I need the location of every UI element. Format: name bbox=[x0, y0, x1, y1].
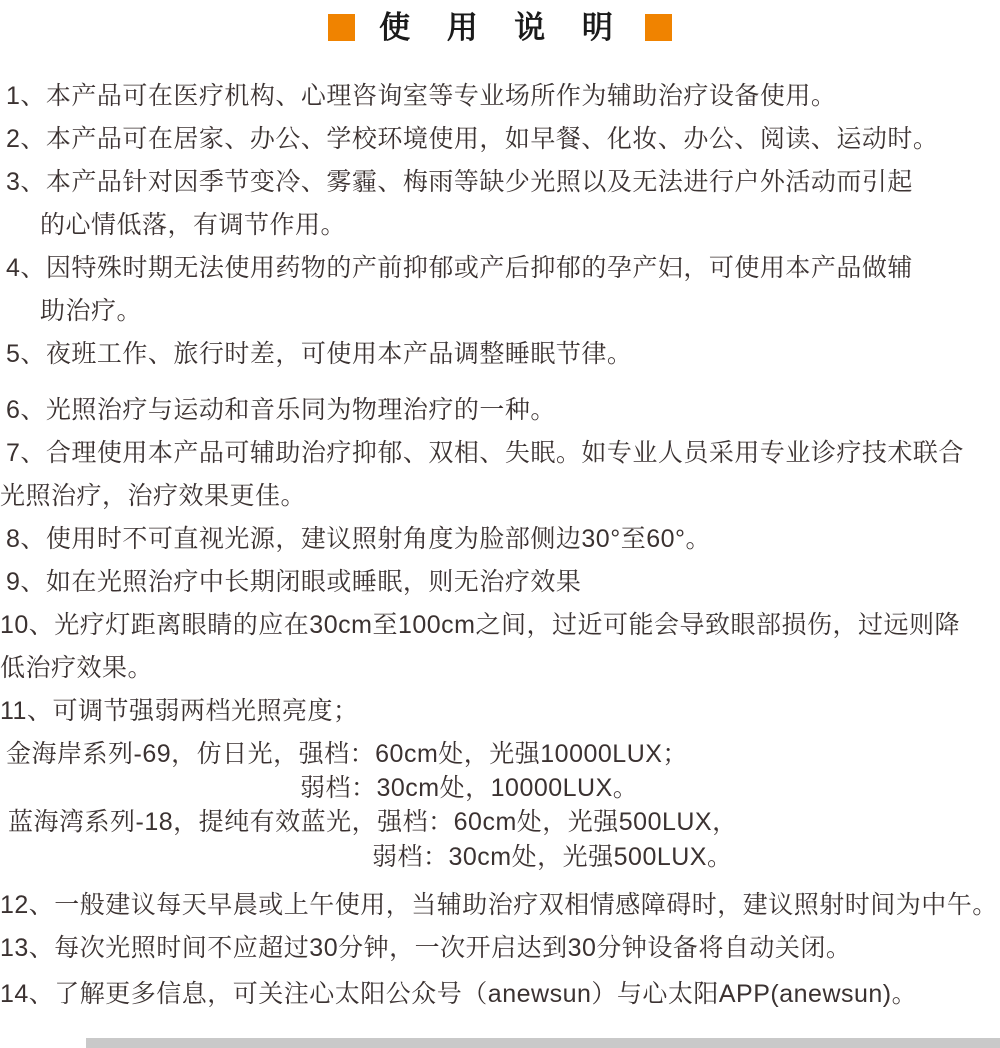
instruction-line: 7、合理使用本产品可辅助治疗抑郁、双相、失眠。如专业人员采用专业诊疗技术联合 bbox=[0, 432, 1000, 475]
horizontal-scrollbar[interactable] bbox=[86, 1038, 1000, 1048]
instruction-line: 2、本产品可在居家、办公、学校环境使用，如早餐、化妆、办公、阅读、运动时。 bbox=[0, 118, 1000, 161]
instruction-line: 11、可调节强弱两档光照亮度； bbox=[0, 690, 1000, 733]
instruction-line: 6、光照治疗与运动和音乐同为物理治疗的一种。 bbox=[0, 389, 1000, 432]
instruction-line: 4、因特殊时期无法使用药物的产前抑郁或产后抑郁的孕产妇，可使用本产品做辅 bbox=[0, 247, 1000, 290]
instruction-line: 14、了解更多信息，可关注心太阳公众号（anewsun）与心太阳APP(anew… bbox=[0, 973, 1000, 1016]
instruction-line-continuation: 的心情低落，有调节作用。 bbox=[0, 204, 1000, 247]
instruction-line-continuation: 助治疗。 bbox=[0, 290, 1000, 333]
instruction-line: 8、使用时不可直视光源，建议照射角度为脸部侧边30°至60°。 bbox=[0, 518, 1000, 561]
instruction-line: 13、每次光照时间不应超过30分钟，一次开启达到30分钟设备将自动关闭。 bbox=[0, 927, 1000, 970]
instruction-line: 1、本产品可在医疗机构、心理咨询室等专业场所作为辅助治疗设备使用。 bbox=[0, 75, 1000, 118]
orange-square-right-icon bbox=[645, 14, 672, 41]
page-title: 使 用 说 明 bbox=[373, 12, 627, 43]
instruction-line: 9、如在光照治疗中长期闭眼或睡眠，则无治疗效果 bbox=[0, 561, 1000, 604]
instruction-line: 10、光疗灯距离眼睛的应在30cm至100cm之间，过近可能会导致眼部损伤，过远… bbox=[0, 604, 1000, 647]
instruction-line: 12、一般建议每天早晨或上午使用，当辅助治疗双相情感障碍时，建议照射时间为中午。 bbox=[0, 884, 1000, 927]
instruction-line: 5、夜班工作、旅行时差，可使用本产品调整睡眠节律。 bbox=[0, 333, 1000, 376]
instruction-line-continuation: 低治疗效果。 bbox=[0, 647, 1000, 690]
instruction-line: 3、本产品针对因季节变冷、雾霾、梅雨等缺少光照以及无法进行户外活动而引起 bbox=[0, 161, 1000, 204]
page-header: 使 用 说 明 bbox=[0, 0, 1000, 48]
instructions-list: 1、本产品可在医疗机构、心理咨询室等专业场所作为辅助治疗设备使用。 2、本产品可… bbox=[0, 75, 1000, 1016]
orange-square-left-icon bbox=[328, 14, 355, 41]
instruction-line-continuation: 光照治疗，治疗效果更佳。 bbox=[0, 475, 1000, 518]
